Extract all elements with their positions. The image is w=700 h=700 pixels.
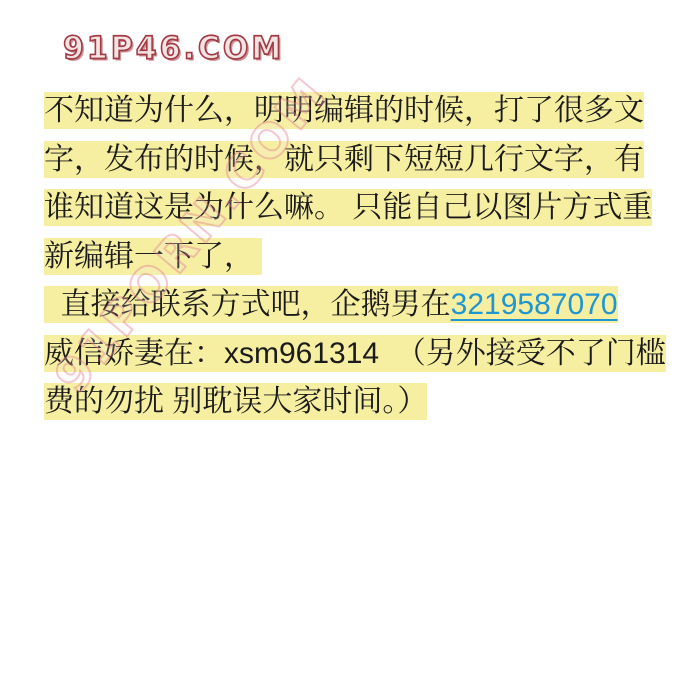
highlighted-text: 直接给联系方式吧，企鹅男在3219587070 — [44, 286, 618, 323]
site-logo: 91P46.COM — [63, 30, 284, 67]
text-line: 谁知道这是为什么嘛。 只能自己以图片方式重 — [44, 189, 684, 238]
text-line: 威信娇妻在：xsm961314 （另外接受不了门槛 — [44, 335, 684, 384]
highlighted-text: 新编辑一下了， — [44, 238, 262, 275]
page-background: 91P46.COM 91PORN.COM 不知道为什么，明明编辑的时候，打了很多… — [0, 0, 700, 700]
text-line: 费的勿扰 别耽误大家时间。） — [44, 383, 684, 432]
highlighted-text: 不知道为什么，明明编辑的时候，打了很多文 — [44, 92, 644, 129]
text-line: 新编辑一下了， — [44, 238, 684, 287]
text-line: 直接给联系方式吧，企鹅男在3219587070 — [44, 286, 684, 335]
text-line: 字，发布的时候，就只剩下短短几行文字，有 — [44, 141, 684, 190]
post-text: 不知道为什么，明明编辑的时候，打了很多文字，发布的时候，就只剩下短短几行文字，有… — [44, 92, 684, 432]
highlighted-text: 威信娇妻在：xsm961314 （另外接受不了门槛 — [44, 335, 666, 372]
qq-number-link[interactable]: 3219587070 — [451, 288, 618, 321]
highlighted-text: 费的勿扰 别耽误大家时间。） — [44, 383, 427, 420]
highlighted-text: 谁知道这是为什么嘛。 只能自己以图片方式重 — [44, 189, 652, 226]
highlighted-text: 字，发布的时候，就只剩下短短几行文字，有 — [44, 141, 644, 178]
text-line: 不知道为什么，明明编辑的时候，打了很多文 — [44, 92, 684, 141]
